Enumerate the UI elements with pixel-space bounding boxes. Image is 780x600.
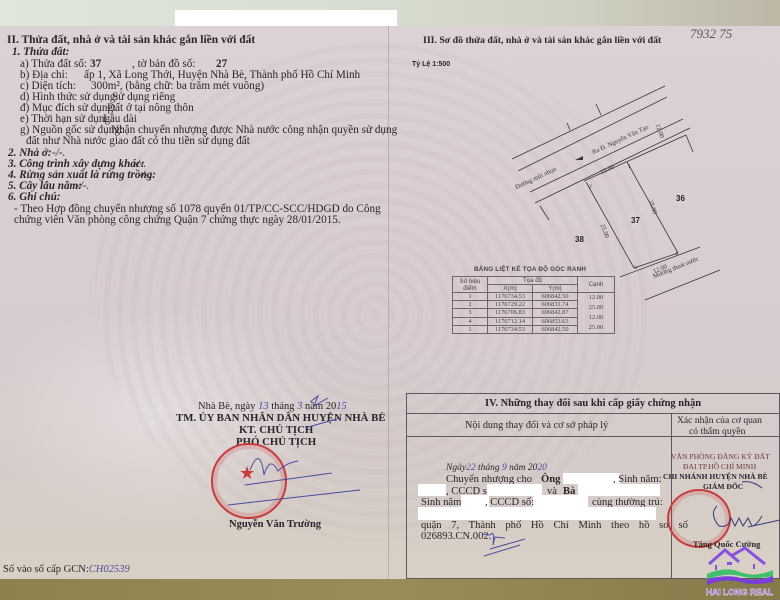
signing-day: 13 — [258, 401, 269, 412]
point-4-label: 4 — [675, 248, 678, 261]
perennial-trees-value: -/-. — [76, 180, 89, 193]
change-month-label: tháng — [478, 463, 500, 473]
change-year-label: năm 20 — [509, 463, 537, 473]
photo-background-bottom — [0, 579, 780, 600]
change-year-suffix: 20 — [537, 463, 547, 473]
cell-y: 606842.50 — [533, 325, 578, 333]
cell-y: 606853.63 — [533, 317, 578, 325]
section-4-title: IV. Những thay đổi sau khi cấp giấy chứn… — [485, 397, 701, 410]
edge-value: 12.00 — [581, 313, 611, 323]
coord-table-title: BẢNG LIỆT KÊ TỌA ĐỘ GÓC RANH — [474, 266, 586, 273]
cell-x: 1176706.83 — [488, 309, 533, 317]
cell-edges: 12.00 25.00 12.00 25.00 — [578, 293, 615, 334]
signing-month: 3 — [297, 401, 302, 412]
point-1-label: 1 — [628, 161, 631, 174]
signing-year-suffix: 15 — [336, 401, 347, 412]
section-4-header: IV. Những thay đổi sau khi cấp giấy chứn… — [407, 394, 779, 414]
cell-point: 1 — [453, 325, 488, 333]
entry-line6-file-number: 026893.CN.002. — [421, 530, 491, 543]
registry-value: CH02539 — [89, 564, 130, 575]
section-4-subheader: Nội dung thay đổi và cơ sở pháp lý Xác n… — [407, 414, 779, 437]
red-official-seal: ★ — [211, 443, 287, 519]
brand-name: HAI LONG REAL — [706, 586, 773, 599]
cell-x: 1176712.14 — [488, 317, 533, 325]
coord-table: Số hiệu điểm Tọa độ Cạnh X(m) Y(m) 1 117… — [452, 276, 615, 334]
cell-x: 1176734.53 — [488, 293, 533, 301]
signing-month-label: tháng — [271, 401, 294, 412]
point-2-label: 2 — [589, 181, 592, 194]
cell-y: 606842.87 — [533, 309, 578, 317]
section-3-title: III. Sơ đồ thửa đất, nhà ở và tài sản kh… — [423, 34, 661, 47]
registry-number: Số vào sổ cấp GCN:CH02539 — [3, 563, 130, 576]
redaction-box — [533, 495, 588, 507]
point-3-label: 3 — [634, 262, 637, 275]
cell-x: 1176729.22 — [488, 301, 533, 309]
coord-header-coord: Tọa độ — [488, 277, 578, 285]
coord-header-point: Số hiệu điểm — [453, 277, 488, 293]
edge-value: 12.00 — [581, 293, 611, 303]
redaction-box — [563, 473, 620, 484]
column-change-content: Nội dung thay đổi và cơ sở pháp lý — [465, 419, 608, 432]
coord-header-y: Y(m) — [533, 285, 578, 293]
table-row: 1 1176734.53 606842.50 12.00 25.00 12.00… — [453, 293, 615, 301]
redaction-box — [578, 484, 660, 496]
redaction-box — [418, 484, 446, 496]
map-scale: Tỷ Lệ 1:500 — [412, 58, 450, 71]
page-fold — [388, 26, 389, 579]
cell-point: 4 — [453, 317, 488, 325]
parcel-36-label: 36 — [676, 192, 685, 205]
signer-name: Nguyễn Văn Trường — [229, 518, 321, 531]
handwritten-number: 7932 75 — [690, 27, 732, 40]
change-month: 9 — [502, 463, 507, 473]
signing-year-label: năm 20 — [305, 401, 336, 412]
change-day: 22 — [466, 463, 476, 473]
forest-value: -/-. — [138, 169, 151, 182]
parcel-38-label: 38 — [575, 233, 584, 246]
cell-x: 1176734.53 — [488, 325, 533, 333]
registry-label: Số vào sổ cấp GCN: — [3, 564, 89, 575]
cell-point: 3 — [453, 309, 488, 317]
star-icon: ★ — [239, 463, 255, 484]
edge-value: 25.00 — [581, 303, 611, 313]
parcel-37-label: 37 — [631, 214, 640, 227]
signing-place-prefix: Nhà Bè, ngày — [198, 401, 255, 412]
cell-y: 606831.74 — [533, 301, 578, 309]
edge-value: 25.00 — [581, 323, 611, 333]
cell-point: 2 — [453, 301, 488, 309]
coord-header-edge: Cạnh — [578, 277, 615, 293]
coord-header-x: X(m) — [488, 285, 533, 293]
cell-y: 606842.50 — [533, 293, 578, 301]
column-authority-line-2: có thẩm quyền — [689, 425, 745, 438]
cell-point: 1 — [453, 293, 488, 301]
change-date-prefix: Ngày — [446, 463, 466, 473]
brand-watermark-logo: HAI LONG REAL — [705, 546, 775, 598]
notes-line-2: chứng viên Văn phòng công chứng Quận 7 c… — [14, 214, 341, 227]
